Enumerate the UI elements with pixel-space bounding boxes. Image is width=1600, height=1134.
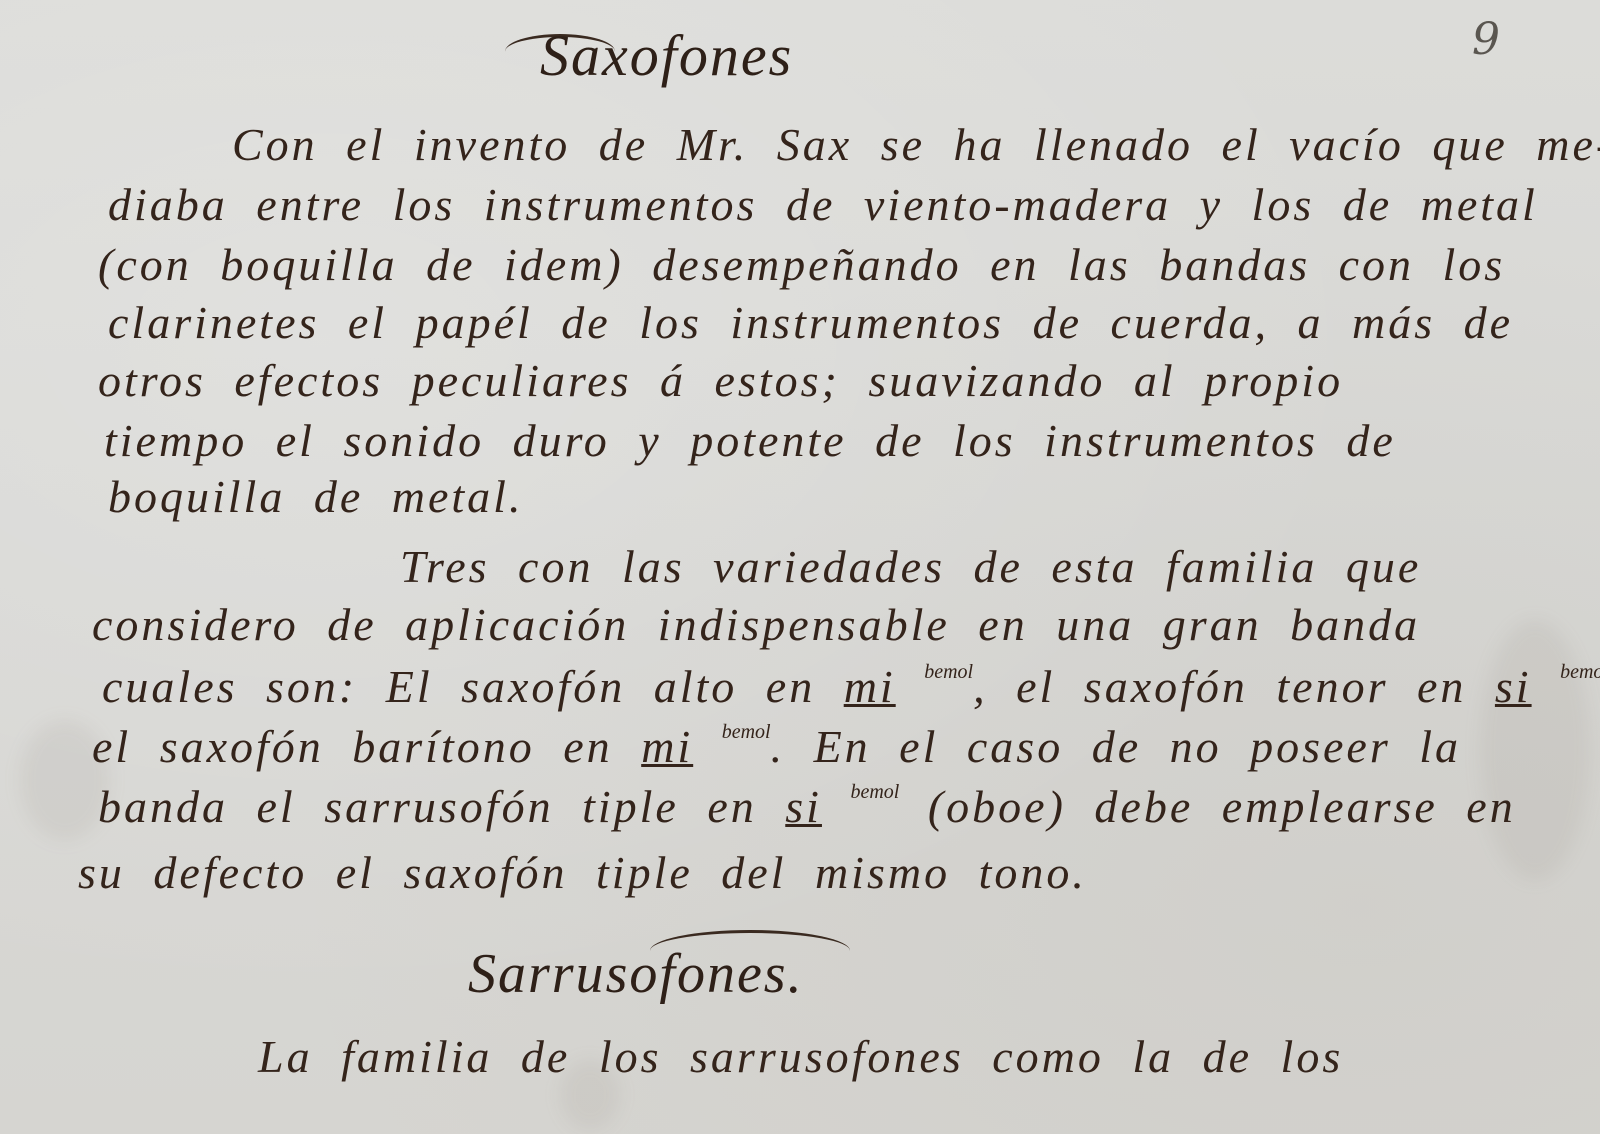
text-line-4: clarinetes el papél de los instrumentos … [108, 296, 1513, 349]
text-fragment: . En el caso de no poseer la [771, 721, 1461, 772]
text-line-7: boquilla de metal. [108, 470, 523, 523]
note-si: si [785, 781, 822, 832]
text-line-6: tiempo el sonido duro y potente de los i… [104, 414, 1396, 467]
page-number: 9 [1472, 14, 1500, 65]
note-si: si [1495, 661, 1532, 712]
text-fragment: banda el sarrusofón tiple en [98, 781, 785, 832]
text-fragment: cuales son: El saxofón alto en [102, 661, 844, 712]
text-fragment: (oboe) debe emplearse en [899, 781, 1515, 832]
text-line-13: su defecto el saxofón tiple del mismo to… [78, 846, 1087, 899]
text-line-8: Tres con las variedades de esta familia … [400, 540, 1421, 593]
manuscript-page: 9 Saxofones Con el invento de Mr. Sax se… [0, 0, 1600, 1134]
note-bemol: bemol [1560, 661, 1600, 683]
note-mi: mi [844, 661, 896, 712]
text-line-3: (con boquilla de idem) desempeñando en l… [98, 238, 1505, 291]
paper-stain [1480, 620, 1590, 880]
section-title-sarrusofones: Sarrusofones. [468, 942, 804, 1006]
section-title-saxofones: Saxofones [540, 22, 793, 89]
note-bemol: bemol [722, 721, 771, 743]
text-fragment: el saxofón barítono en [92, 721, 641, 772]
note-bemol: bemol [850, 781, 899, 803]
text-fragment: , el saxofón tenor en [973, 661, 1495, 712]
text-line-12: banda el sarrusofón tiple en si bemol (o… [98, 780, 1516, 833]
note-mi: mi [641, 721, 693, 772]
text-line-10: cuales son: El saxofón alto en mi bemol,… [102, 660, 1600, 713]
text-line-1: Con el invento de Mr. Sax se ha llenado … [232, 118, 1600, 171]
text-line-2: diaba entre los instrumentos de viento-m… [108, 178, 1538, 231]
text-line-9: considero de aplicación indispensable en… [92, 598, 1420, 651]
text-line-11: el saxofón barítono en mi bemol. En el c… [92, 720, 1461, 773]
text-line-14: La familia de los sarrusofones como la d… [258, 1030, 1343, 1083]
text-line-5: otros efectos peculiares á estos; suaviz… [98, 354, 1343, 407]
note-bemol: bemol [924, 661, 973, 683]
